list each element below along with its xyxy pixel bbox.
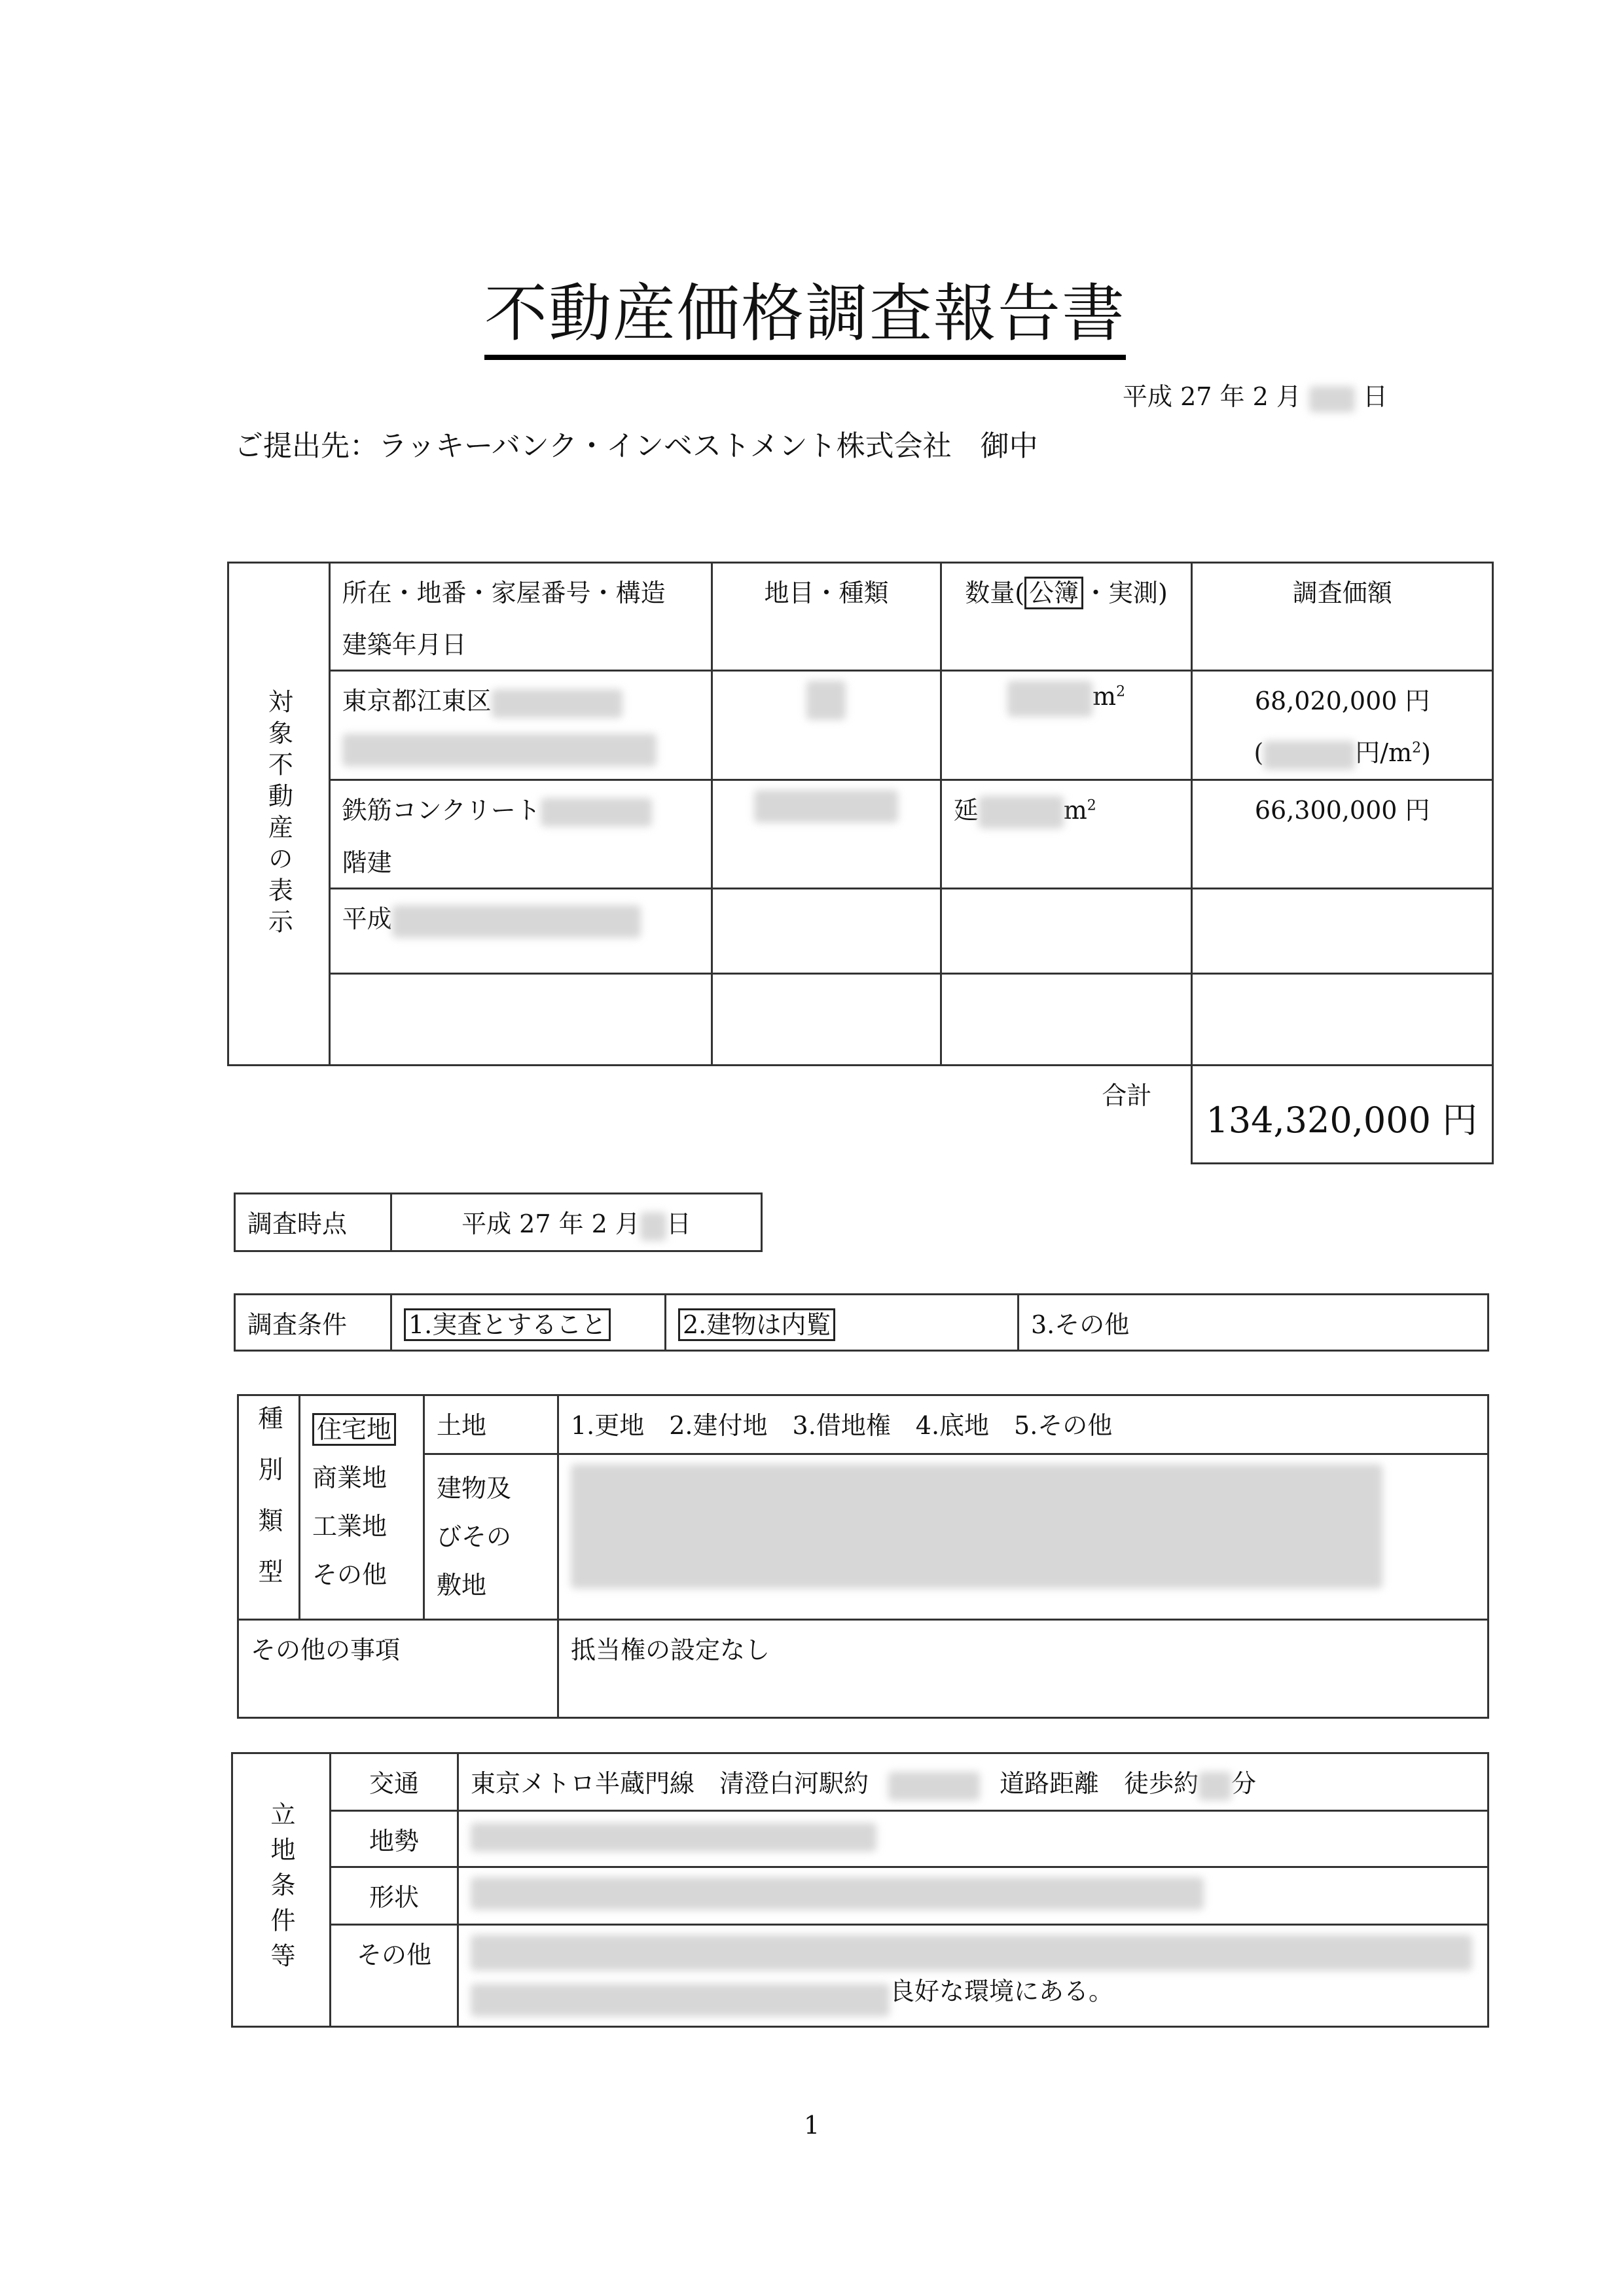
access-label: 交通 [331,1753,458,1811]
redacted [471,1877,1204,1910]
location-conditions-table: 立地条件等 交通 東京メトロ半蔵門線 清澄白河駅約道路距離 徒歩約分 地勢 形状… [231,1752,1489,2028]
table-row: 東京都江東区 m2 68,020,000 円 (円/m2) [228,671,1493,780]
header-category: 地目・種類 [712,563,941,671]
redacted [806,681,846,720]
redacted [979,796,1064,829]
header-location-line1: 所在・地番・家屋番号・構造 [342,579,666,607]
paren: ( [1254,738,1263,767]
cell-quantity [941,889,1192,974]
location-text-2: 階建 [342,842,700,878]
location-text: 平成 [342,905,392,933]
survey-time-table: 調査時点 平成 27 年 2 月日 [234,1193,763,1252]
date-prefix: 平成 27 年 2 月 [1123,382,1301,411]
cell-price: 66,300,000 円 [1192,780,1493,889]
label-part: びその [437,1522,511,1551]
report-date: 平成 27 年 2 月 日 [1123,376,1388,412]
type-industrial: 工業地 [312,1512,387,1541]
survey-conditions-table: 調査条件 1.実査とすること 2.建物は内覧 3.その他 [234,1293,1489,1352]
date-suffix: 日 [666,1210,691,1238]
shape-value [458,1867,1489,1924]
table-row: 平成 [228,889,1493,974]
header-quantity: 数量(公簿・実測) [941,563,1192,671]
condition-1-selected: 1.実査とすること [404,1308,611,1341]
date-prefix: 平成 27 年 2 月 [461,1210,640,1238]
label-part: 建物及 [437,1474,511,1503]
redacted [342,734,657,766]
terrain-label: 地勢 [331,1810,458,1867]
cell-price: 68,020,000 円 (円/m2) [1192,671,1493,780]
access-value: 東京メトロ半蔵門線 清澄白河駅約道路距離 徒歩約分 [458,1753,1489,1811]
type-residential-selected: 住宅地 [312,1413,396,1446]
redacted [392,905,641,938]
survey-time-label: 調査時点 [235,1194,391,1251]
date-suffix: 日 [1363,382,1388,411]
table-row: 鉄筋コンクリート 階建 延m2 66,300,000 円 [228,780,1493,889]
property-side-label: 対象不動産の表示 [228,563,330,1066]
cell-price [1192,889,1493,974]
condition-2: 2.建物は内覧 [666,1295,1019,1351]
cell-category [712,889,941,974]
redacted [541,798,652,827]
table-row [228,974,1493,1066]
other-label: その他 [331,1924,458,2026]
cell-price [1192,974,1493,1066]
redacted [754,790,898,823]
location-side-label: 立地条件等 [232,1753,331,2027]
header-location: 所在・地番・家屋番号・構造 建築年月日 [329,563,712,671]
building-description [558,1454,1489,1620]
quantity-prefix: 数量( [965,579,1024,607]
cell-category [712,974,941,1066]
redacted [471,1984,890,2017]
total-label: 合計 [228,1066,1192,1164]
redacted-day [1309,386,1355,412]
cell-category [712,780,941,889]
condition-3: 3.その他 [1019,1295,1489,1351]
classification-side-label: 種別類型 [238,1395,300,1620]
redacted [471,1823,876,1852]
property-table: 対象不動産の表示 所在・地番・家屋番号・構造 建築年月日 地目・種類 数量(公簿… [227,562,1494,1164]
quantity-selected-box: 公簿 [1024,577,1083,609]
quantity-prefix: 延 [954,796,979,825]
location-text: 鉄筋コンクリート [342,796,541,825]
redacted [571,1464,1382,1588]
redacted [492,689,623,718]
other-matters-label: その他の事項 [238,1620,558,1718]
header-price: 調査価額 [1192,563,1493,671]
survey-conditions-label: 調査条件 [235,1295,391,1351]
unit: 円/m [1355,738,1412,767]
header-location-line2: 建築年月日 [342,624,700,660]
total-value: 134,320,000 円 [1192,1066,1493,1164]
survey-time-value: 平成 27 年 2 月日 [391,1194,762,1251]
type-commercial: 商業地 [312,1463,387,1492]
other-value: 良好な環境にある。 [458,1924,1489,2026]
location-text: 東京都江東区 [342,687,492,715]
cell-location: 東京都江東区 [329,671,712,780]
terrain-value [458,1810,1489,1867]
addressee: ご提出先：ラッキーバンク・インベストメント株式会社 御中 [234,422,1038,464]
price-value: 68,020,000 円 [1255,687,1430,715]
unit: m [1092,682,1116,711]
condition-2-selected: 2.建物は内覧 [678,1308,835,1341]
quantity-suffix: ・実測) [1083,579,1168,607]
access-text: 分 [1231,1769,1256,1798]
price-per-sqm: (円/m2) [1204,732,1480,770]
cell-location: 平成 [329,889,712,974]
access-text: 東京メトロ半蔵門線 清澄白河駅約 [471,1769,869,1798]
type-other: その他 [312,1560,387,1589]
other-matters-value: 抵当権の設定なし [558,1620,1489,1718]
access-text: 道路距離 徒歩約 [1000,1769,1199,1798]
classification-table: 種別類型 住宅地 商業地 工業地 その他 土地 1.更地 2.建付地 3.借地権… [237,1394,1489,1719]
redacted [888,1772,980,1801]
document-title: 不動産価格調査報告書 [484,275,1126,360]
land-options: 1.更地 2.建付地 3.借地権 4.底地 5.その他 [558,1395,1489,1454]
page-number: 1 [804,2111,820,2140]
redacted [1007,681,1092,717]
shape-label: 形状 [331,1867,458,1924]
cell-location [329,974,712,1066]
cell-quantity [941,974,1192,1066]
cell-quantity: 延m2 [941,780,1192,889]
unit: m [1064,796,1087,825]
label-part: 敷地 [437,1571,486,1600]
cell-location: 鉄筋コンクリート 階建 [329,780,712,889]
other-text-end: 良好な環境にある。 [890,1977,1113,2005]
redacted [1199,1772,1231,1801]
cell-quantity: m2 [941,671,1192,780]
land-label: 土地 [424,1395,558,1454]
redacted [640,1212,666,1241]
redacted [1263,741,1355,770]
building-label: 建物及びその敷地 [424,1454,558,1620]
redacted [471,1935,1472,1971]
cell-category [712,671,941,780]
condition-1: 1.実査とすること [391,1295,666,1351]
type-list: 住宅地 商業地 工業地 その他 [300,1395,424,1620]
paren: ) [1421,738,1431,767]
